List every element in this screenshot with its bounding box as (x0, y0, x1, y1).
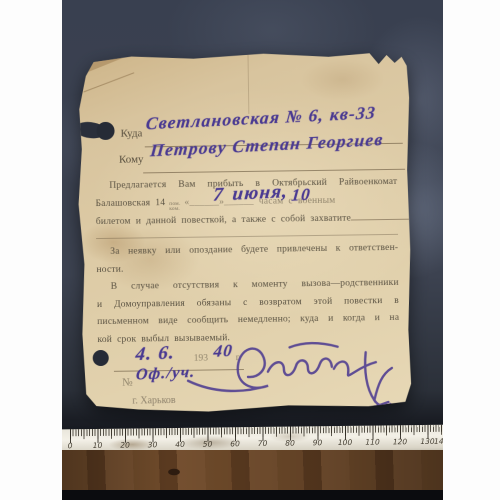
small-print-stack: пом. ком. (169, 201, 180, 212)
ruler-label: 20 (120, 441, 130, 450)
number-label: № (122, 377, 133, 389)
handwritten-hour: 10 (291, 185, 312, 203)
folded-corner (88, 58, 124, 73)
ruler-label: 40 (175, 440, 185, 449)
ruler-label: 90 (313, 438, 323, 447)
ruler-label: 80 (285, 439, 295, 448)
handwritten-name: Петрову Степан Георгиев (149, 129, 384, 161)
ruler-label: 70 (258, 439, 268, 448)
blank-ruled-line (96, 234, 398, 239)
photo-canvas: Куда Светлановская № 6, кв-33 Кому Петро… (0, 0, 500, 500)
punch-hole-top (96, 122, 114, 140)
field-komu-label: Кому (119, 153, 144, 165)
body-line-text: билетом и данной повесткой, а также с со… (96, 213, 351, 227)
city-label: г. Харьков (132, 395, 175, 407)
handwritten-address: Светлановская № 6, кв-33 (145, 102, 377, 134)
small-print-bottom: ком. (169, 207, 180, 213)
handwritten-day-month: 4. 6. (135, 342, 176, 366)
wood-table-edge (62, 450, 443, 492)
ruler-label: 50 (203, 440, 213, 449)
ruler-label: 130 (420, 437, 434, 446)
bottom-dark-strip (62, 490, 443, 500)
signature-scrawl (181, 318, 408, 417)
ruler-label: 60 (230, 439, 240, 448)
ruler-label: 100 (338, 438, 352, 447)
diagonal-crease (83, 72, 134, 92)
summons-paper-wrap: Куда Светлановская № 6, кв-33 Кому Петро… (73, 50, 414, 417)
vertical-crease (247, 52, 249, 114)
ruler-label: 14 (434, 437, 443, 446)
street-text: Балашовская 14 (95, 195, 165, 213)
handwritten-date: 7 июня, (213, 183, 290, 204)
punch-hole-bottom (93, 350, 109, 366)
ruler-label: 110 (365, 437, 379, 446)
ruler-label: 10 (93, 441, 103, 450)
ruler-label: 30 (148, 440, 158, 449)
ruler-label: 120 (393, 437, 407, 446)
field-kuda-label: Куда (121, 127, 143, 139)
blank-fill-line (351, 210, 409, 220)
komu-underline (143, 169, 405, 174)
photograph: Куда Светлановская № 6, кв-33 Кому Петро… (62, 0, 443, 500)
ruler-label: 0 (68, 441, 73, 450)
summons-paper: Куда Светлановская № 6, кв-33 Кому Петро… (73, 50, 414, 417)
